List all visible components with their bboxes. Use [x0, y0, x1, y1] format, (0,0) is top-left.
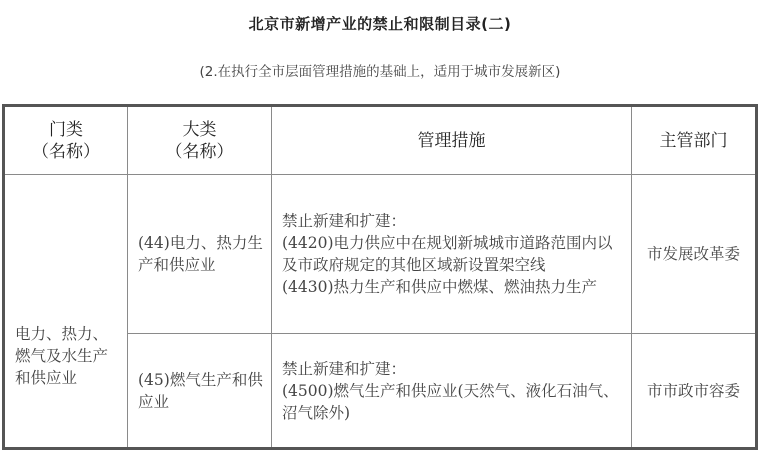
measures-item: (4430)热力生产和供应中燃煤、燃油热力生产 — [282, 276, 625, 298]
measures-cell: 禁止新建和扩建： (4420)电力供应中在规划新城城市道路范围内以及市政府规定的… — [272, 175, 632, 334]
header-door-category-sublabel: （名称） — [5, 141, 127, 163]
sector-cell: 电力、热力、燃气及水生产和供应业 — [4, 175, 128, 449]
restriction-catalog-table: 门类 （名称） 大类 （名称） 管理措施 主管部门 电力、热力、燃气及水生产和供… — [2, 104, 758, 450]
document-title: 北京市新增产业的禁止和限制目录(二) — [0, 13, 760, 34]
header-major-category: 大类 （名称） — [128, 106, 272, 175]
header-door-category-label: 门类 — [5, 119, 127, 141]
table-header-row: 门类 （名称） 大类 （名称） 管理措施 主管部门 — [4, 106, 757, 175]
measures-cell: 禁止新建和扩建： (4500)燃气生产和供应业(天然气、液化石油气、沼气除外) — [272, 334, 632, 449]
category-name: (44)电力、热力生产和供应业 — [138, 234, 263, 274]
category-cell: (44)电力、热力生产和供应业 — [128, 175, 272, 334]
measures-heading: 禁止新建和扩建： — [282, 358, 625, 380]
document-subtitle: (2.在执行全市层面管理措施的基础上，适用于城市发展新区) — [0, 60, 760, 80]
header-measures: 管理措施 — [272, 106, 632, 175]
header-major-category-sublabel: （名称） — [128, 141, 271, 163]
measures-item: (4420)电力供应中在规划新城城市道路范围内以及市政府规定的其他区域新设置架空… — [282, 232, 625, 276]
department-cell: 市发展改革委 — [632, 175, 757, 334]
header-measures-label: 管理措施 — [418, 131, 486, 151]
measures-heading: 禁止新建和扩建： — [282, 210, 625, 232]
department-name: 市发展改革委 — [647, 245, 740, 263]
header-door-category: 门类 （名称） — [4, 106, 128, 175]
header-major-category-label: 大类 — [128, 119, 271, 141]
header-department-label: 主管部门 — [660, 131, 728, 151]
sector-name: 电力、热力、燃气及水生产和供应业 — [15, 325, 108, 387]
table-row: 电力、热力、燃气及水生产和供应业 (44)电力、热力生产和供应业 禁止新建和扩建… — [4, 175, 757, 334]
department-name: 市市政市容委 — [647, 382, 740, 400]
measures-item: (4500)燃气生产和供应业(天然气、液化石油气、沼气除外) — [282, 380, 625, 424]
category-name: (45)燃气生产和供应业 — [138, 371, 263, 411]
department-cell: 市市政市容委 — [632, 334, 757, 449]
category-cell: (45)燃气生产和供应业 — [128, 334, 272, 449]
header-department: 主管部门 — [632, 106, 757, 175]
